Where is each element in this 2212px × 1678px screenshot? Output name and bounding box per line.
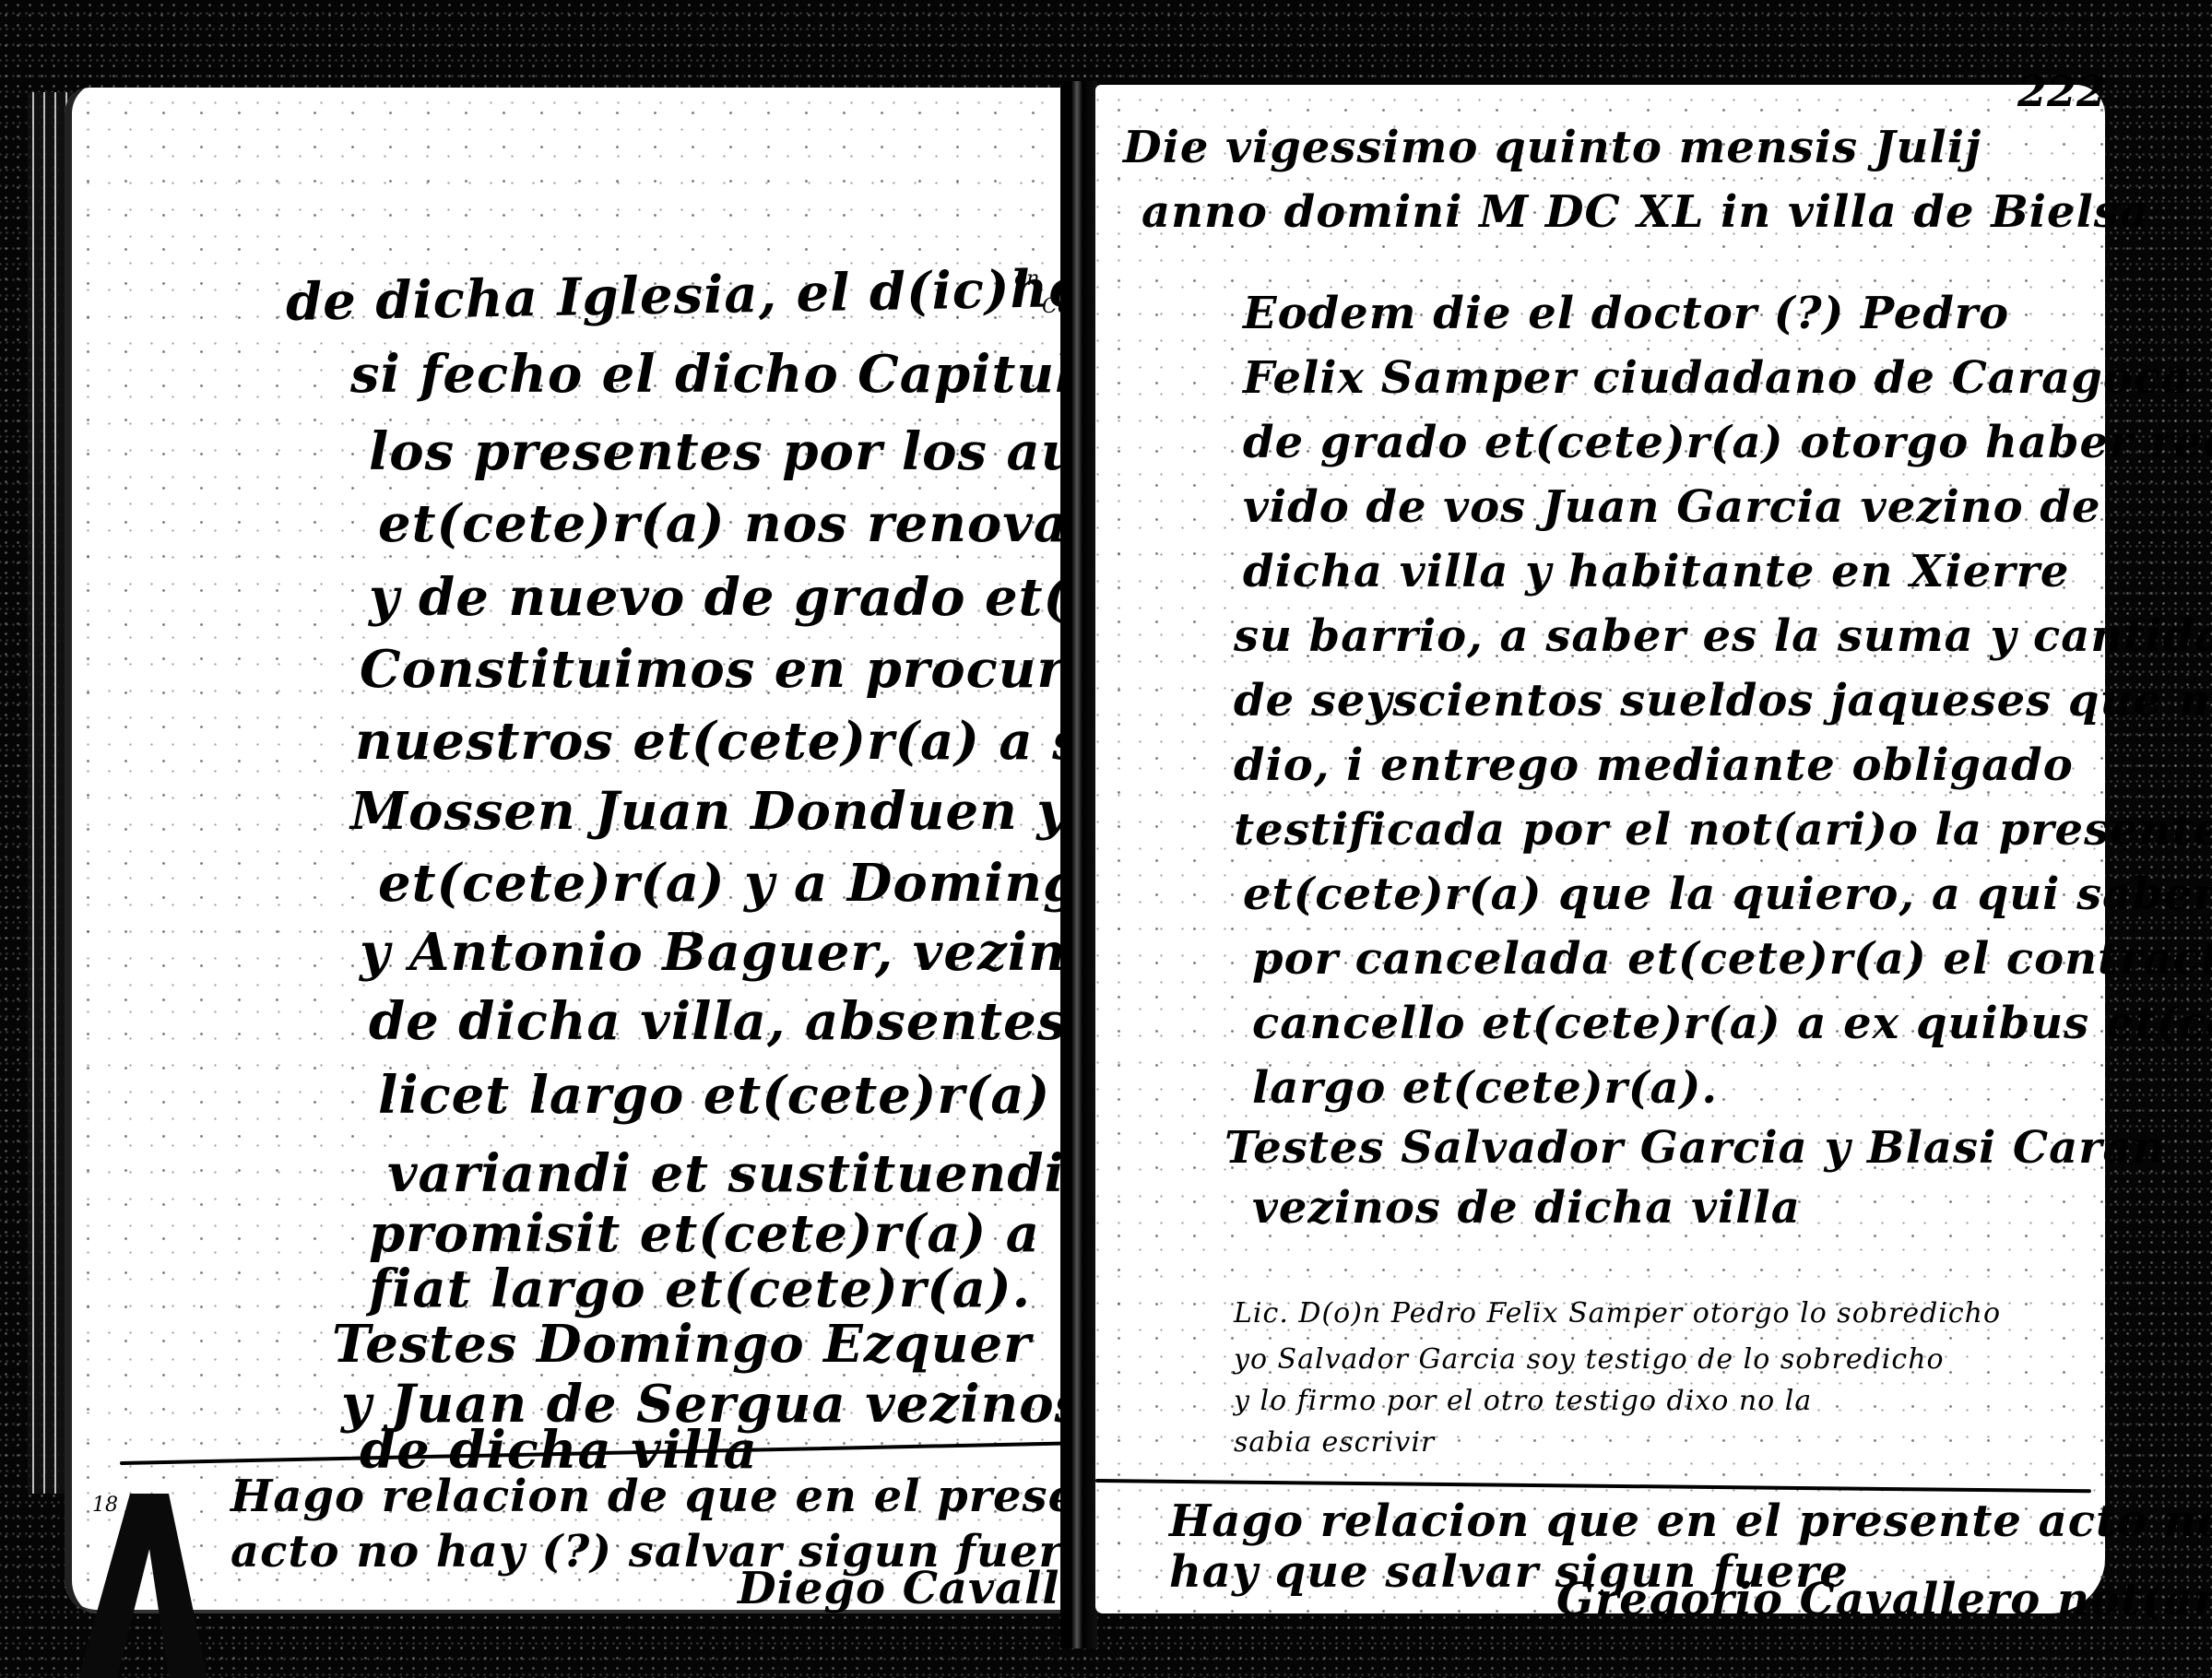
- right-footer-1: Hago relacion que en el presente acto no: [1169, 1495, 2212, 1547]
- left-line-2: si fecho el dicho Capitulo: [350, 344, 1111, 405]
- right-line-12: cancello et(cete)r(a) a ex quibus et(cet…: [1252, 998, 2212, 1049]
- right-line-11: por cancelada et(cete)r(a) el contracto …: [1252, 933, 2212, 985]
- left-footer-1: Hago relacion de que en el presente: [231, 1471, 1161, 1522]
- margin-note-on: on: [1014, 267, 1039, 290]
- right-footer-signature: Gregorio Cavallero not(ari)o: [1556, 1574, 2212, 1625]
- right-line-3: de grado et(cete)r(a) otorgo haber recei: [1243, 417, 2212, 468]
- signature-line-1: Lic. D(o)n Pedro Felix Samper otorgo lo …: [1234, 1297, 2001, 1329]
- left-line-15: fiat largo et(cete)r(a).: [369, 1258, 1031, 1319]
- right-line-13: largo et(cete)r(a).: [1252, 1062, 1718, 1114]
- left-line-10: y Antonio Baguer, vezinos: [360, 922, 1132, 983]
- section-rule-right: [1095, 1479, 2091, 1493]
- right-line-9: testificada por el not(ari)o la presente: [1234, 804, 2212, 856]
- margin-note-18: 18: [92, 1494, 118, 1517]
- right-heading-1: Die vigessimo quinto mensis Julij: [1123, 122, 1981, 173]
- right-heading-2: anno domini M DC XL in villa de Bielsa: [1141, 186, 2149, 238]
- right-line-4: vido de vos Juan Garcia vezino de: [1243, 481, 2101, 533]
- right-line-15: vezinos de dicha villa: [1252, 1182, 1801, 1234]
- signature-line-4: sabia escrivir: [1234, 1426, 1435, 1459]
- book-gutter: [1060, 81, 1097, 1648]
- left-line-16: Testes Domingo Ezquer: [332, 1314, 1032, 1375]
- signature-line-2: yo Salvador Garcia soy testigo de lo sob…: [1234, 1343, 1945, 1376]
- right-line-5: dicha villa y habitante en Xierre: [1243, 546, 2069, 597]
- right-line-14: Testes Salvador Garcia y Blasi Caran: [1224, 1122, 2166, 1174]
- right-line-2: Felix Samper ciudadano de Caragoca: [1243, 352, 2191, 404]
- right-line-10: et(cete)r(a) que la quiero, a qui saber: [1243, 869, 2212, 920]
- left-page: de dicha Iglesia, el d(ic)ho Juez on Com…: [65, 88, 1065, 1613]
- page-number: 222: [2017, 66, 2106, 116]
- signature-line-3: y lo firmo por el otro testigo dixo no l…: [1234, 1385, 1812, 1417]
- right-line-6: su barrio, a saber es la suma y cantidad: [1234, 610, 2212, 662]
- right-page: 222 Die vigessimo quinto mensis Julij an…: [1095, 85, 2105, 1613]
- right-line-8: dio, i entrego mediante obligado: [1234, 739, 2074, 791]
- right-line-1: Eodem die el doctor (?) Pedro: [1243, 288, 2009, 339]
- right-line-7: de seyscientos sueldos jaqueses que me: [1234, 675, 2212, 727]
